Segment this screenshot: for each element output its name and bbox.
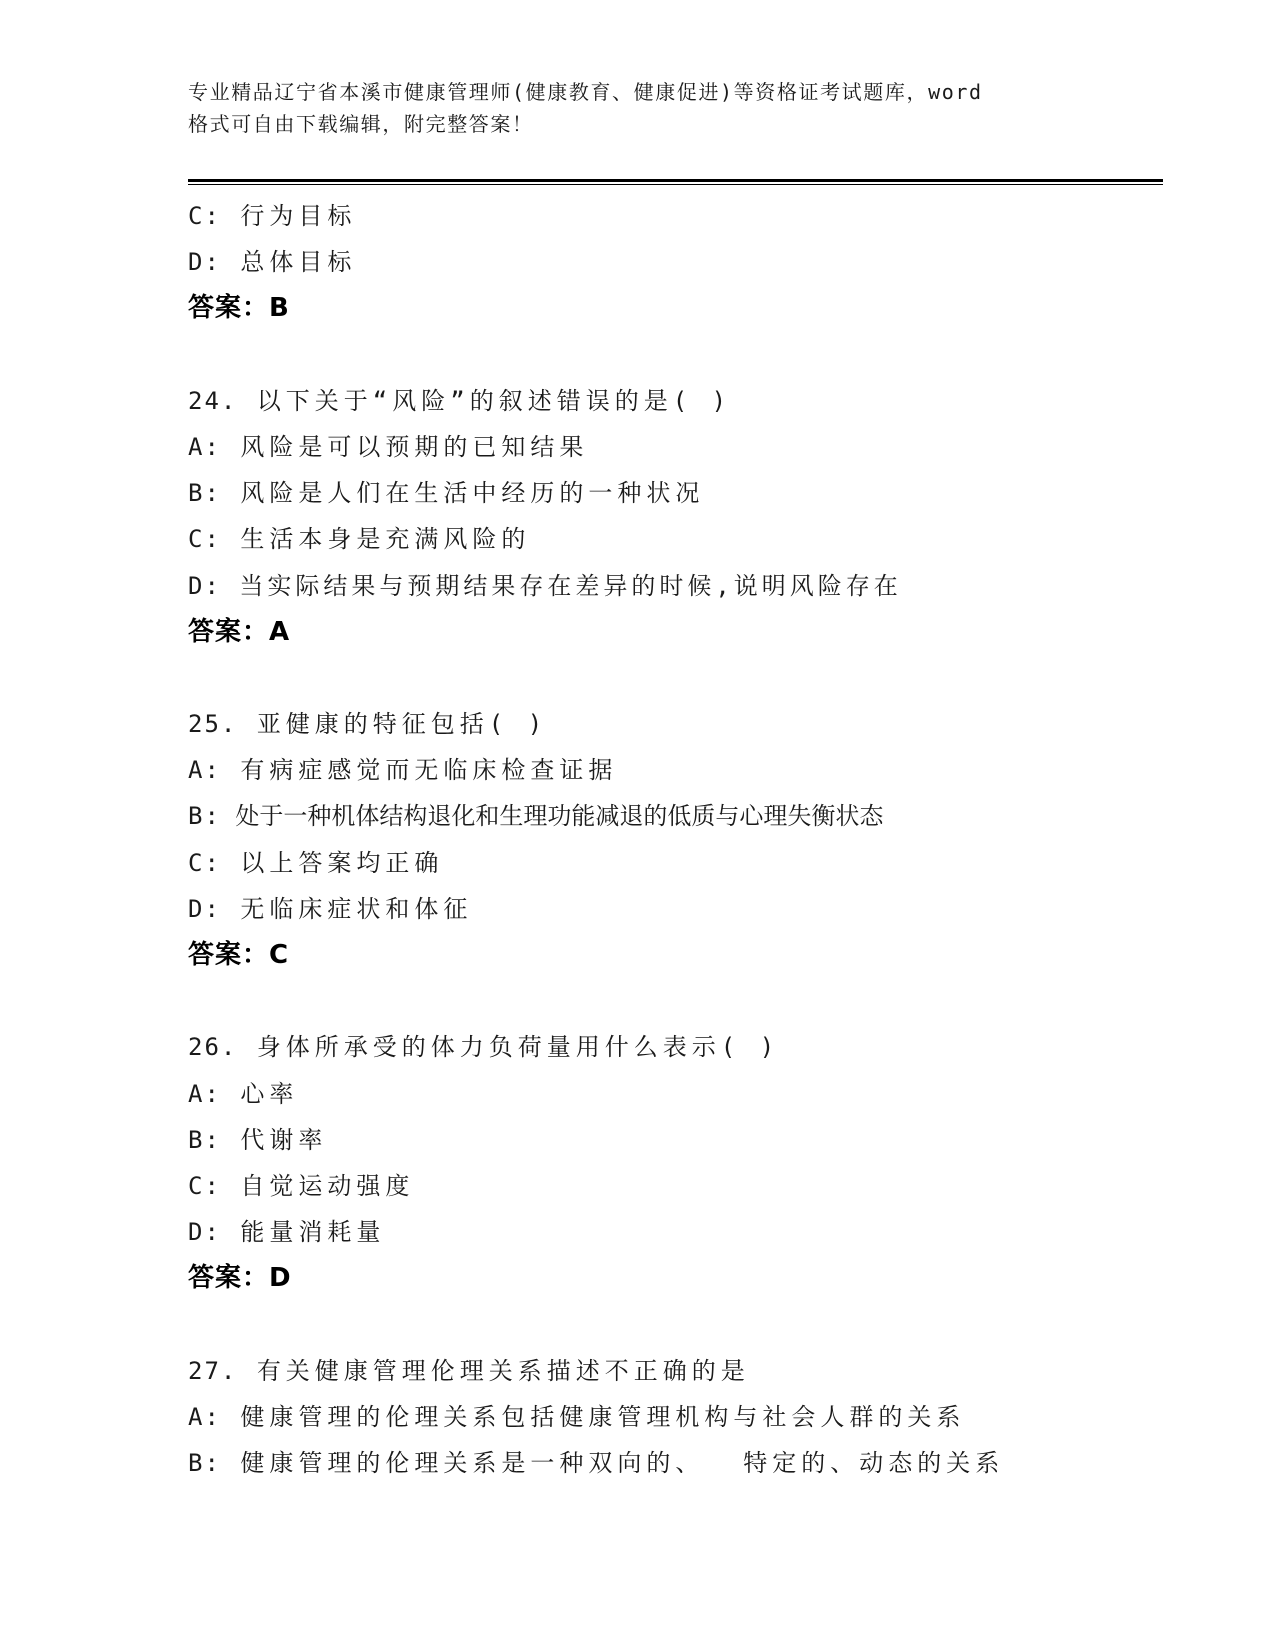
divider-thick-line <box>188 179 1163 182</box>
option-text: 风险是可以预期的已知结果 <box>240 433 588 461</box>
option-text: 以上答案均正确 <box>240 849 443 877</box>
option-letter: D: <box>188 1218 221 1246</box>
option-text: 行为目标 <box>240 202 356 230</box>
header-divider <box>188 179 1163 185</box>
question-number: 24. <box>188 387 237 415</box>
option-d: D: 能量消耗量 <box>188 1212 1163 1258</box>
spacer <box>188 335 1163 381</box>
option-d: D: 总体目标 <box>188 242 1163 288</box>
option-text: 健康管理的伦理关系包括健康管理机构与社会人群的关系 <box>240 1403 965 1431</box>
option-letter: A: <box>188 433 221 461</box>
question-text: 身体所承受的体力负荷量用什么表示( ) <box>257 1033 779 1061</box>
option-b: B: 代谢率 <box>188 1120 1163 1166</box>
option-letter: B: <box>188 1449 221 1477</box>
spacer <box>188 981 1163 1027</box>
option-b: B: 健康管理的伦理关系是一种双向的、 特定的、动态的关系 <box>188 1443 1163 1489</box>
option-text: 处于一种机体结构退化和生理功能减退的低质与心理失衡状态 <box>235 802 883 830</box>
question-stem-25: 25. 亚健康的特征包括( ) <box>188 704 1163 750</box>
option-a: A: 健康管理的伦理关系包括健康管理机构与社会人群的关系 <box>188 1397 1163 1443</box>
option-b: B: 处于一种机体结构退化和生理功能减退的低质与心理失衡状态 <box>188 796 1163 842</box>
option-c: C: 自觉运动强度 <box>188 1166 1163 1212</box>
option-letter: C: <box>188 849 221 877</box>
option-text: 能量消耗量 <box>240 1218 385 1246</box>
document-page: 专业精品辽宁省本溪市健康管理师(健康教育、健康促进)等资格证考试题库，word … <box>188 0 1163 1650</box>
header-line-1: 专业精品辽宁省本溪市健康管理师(健康教育、健康促进)等资格证考试题库，word <box>188 76 1088 108</box>
option-c: C: 以上答案均正确 <box>188 843 1163 889</box>
option-a: A: 有病症感觉而无临床检查证据 <box>188 750 1163 796</box>
option-a: A: 风险是可以预期的已知结果 <box>188 427 1163 473</box>
option-text: 心率 <box>240 1080 298 1108</box>
option-text: 当实际结果与预期结果存在差异的时候,说明风险存在 <box>239 572 901 600</box>
option-a: A: 心率 <box>188 1074 1163 1120</box>
question-number: 25. <box>188 710 237 738</box>
option-text: 代谢率 <box>240 1126 327 1154</box>
option-text: 无临床症状和体征 <box>240 895 472 923</box>
option-letter: A: <box>188 1403 221 1431</box>
answer-line: 答案：B <box>188 288 1163 334</box>
option-letter: B: <box>188 802 221 830</box>
option-d: D: 无临床症状和体征 <box>188 889 1163 935</box>
question-stem-27: 27. 有关健康管理伦理关系描述不正确的是 <box>188 1351 1163 1397</box>
option-letter: B: <box>188 1126 221 1154</box>
question-text: 亚健康的特征包括( ) <box>257 710 547 738</box>
option-text: 自觉运动强度 <box>240 1172 414 1200</box>
option-text: 总体目标 <box>240 248 356 276</box>
option-letter: A: <box>188 1080 221 1108</box>
question-text: 以下关于“风险”的叙述错误的是( ) <box>257 387 731 415</box>
option-letter: C: <box>188 1172 221 1200</box>
option-text: 生活本身是充满风险的 <box>240 525 530 553</box>
answer-line: 答案：D <box>188 1258 1163 1304</box>
option-letter: D: <box>188 248 221 276</box>
header-line-2: 格式可自由下载编辑，附完整答案！ <box>188 108 1088 140</box>
question-list: C: 行为目标 D: 总体目标 答案：B 24. 以下关于“风险”的叙述错误的是… <box>188 196 1163 1489</box>
option-c: C: 生活本身是充满风险的 <box>188 519 1163 565</box>
option-letter: D: <box>188 895 221 923</box>
question-stem-24: 24. 以下关于“风险”的叙述错误的是( ) <box>188 381 1163 427</box>
option-text: 健康管理的伦理关系是一种双向的、 特定的、动态的关系 <box>240 1449 1004 1477</box>
option-text: 有病症感觉而无临床检查证据 <box>240 756 617 784</box>
question-number: 27. <box>188 1357 237 1385</box>
option-letter: C: <box>188 525 221 553</box>
option-d: D: 当实际结果与预期结果存在差异的时候,说明风险存在 <box>188 566 1163 612</box>
option-letter: B: <box>188 479 221 507</box>
answer-line: 答案：A <box>188 612 1163 658</box>
question-stem-26: 26. 身体所承受的体力负荷量用什么表示( ) <box>188 1027 1163 1073</box>
document-header: 专业精品辽宁省本溪市健康管理师(健康教育、健康促进)等资格证考试题库，word … <box>188 76 1088 140</box>
option-text: 风险是人们在生活中经历的一种状况 <box>240 479 704 507</box>
divider-thin-line <box>188 184 1163 185</box>
option-letter: A: <box>188 756 221 784</box>
question-number: 26. <box>188 1033 237 1061</box>
option-letter: C: <box>188 202 221 230</box>
option-c: C: 行为目标 <box>188 196 1163 242</box>
option-letter: D: <box>188 572 221 600</box>
answer-line: 答案：C <box>188 935 1163 981</box>
question-text: 有关健康管理伦理关系描述不正确的是 <box>257 1357 750 1385</box>
spacer <box>188 1305 1163 1351</box>
option-b: B: 风险是人们在生活中经历的一种状况 <box>188 473 1163 519</box>
spacer <box>188 658 1163 704</box>
